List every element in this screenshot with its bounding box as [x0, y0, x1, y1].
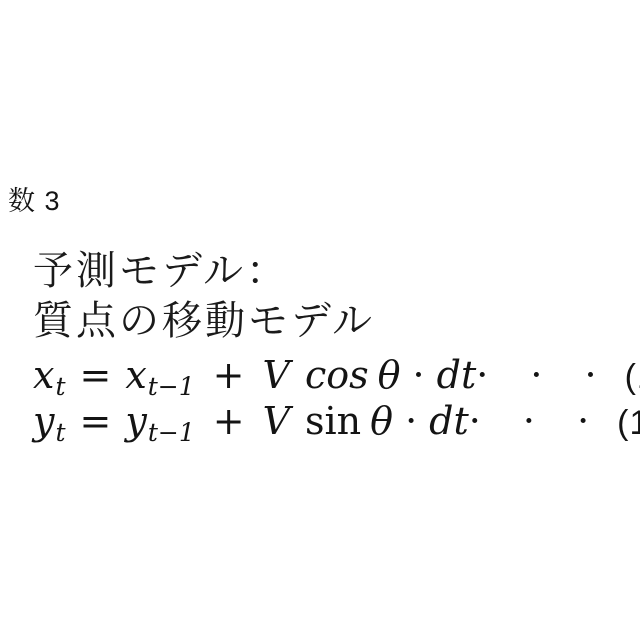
theta-symbol: θ [378, 352, 401, 398]
trig-function: sin [305, 398, 361, 444]
velocity-variable: V [263, 352, 290, 398]
plus-sign: + [213, 398, 245, 444]
rhs-variable: y [125, 399, 146, 443]
equation-14: xt = xt−1 + V cos θ · dt · · · (14) [33, 352, 636, 398]
rhs-variable: x [125, 353, 146, 397]
lhs-term: yt [33, 398, 66, 456]
velocity-variable: V [263, 398, 290, 444]
figure-canvas: 数 3 予測モデル： 質点の移動モデル xt = xt−1 + V cos θ … [0, 0, 640, 640]
theta-symbol: θ [370, 398, 393, 444]
plus-sign: + [213, 352, 245, 398]
equation-15: yt = yt−1 + V sin θ · dt · · · (15) [33, 398, 636, 444]
differential-term: dt [437, 352, 477, 398]
equals-sign: = [79, 352, 111, 398]
lhs-subscript: t [55, 372, 65, 401]
model-title-line-2: 質点の移動モデル [33, 300, 375, 342]
differential-term: dt [429, 398, 469, 444]
figure-label: 数 3 [8, 186, 61, 216]
ellipsis-dots: · · · [476, 352, 596, 398]
lhs-variable: y [33, 399, 54, 443]
lhs-variable: x [33, 353, 54, 397]
equation-number: (14) [625, 354, 640, 400]
lhs-subscript: t [55, 418, 65, 447]
equation-number: (15) [617, 400, 640, 446]
rhs-subscript: t−1 [148, 418, 195, 447]
equation-tail: · · · (14) [476, 352, 640, 400]
multiplication-dot-icon: · [413, 352, 425, 398]
rhs-subscript: t−1 [148, 372, 195, 401]
equals-sign: = [80, 398, 112, 444]
ellipsis-dots: · · · [469, 398, 589, 444]
trig-function: cos [305, 352, 369, 398]
equation-tail: · · · (15) [469, 398, 640, 446]
multiplication-dot-icon: · [405, 398, 417, 444]
model-title-line-1: 予測モデル： [33, 250, 289, 292]
rhs-term: yt−1 [125, 398, 194, 456]
